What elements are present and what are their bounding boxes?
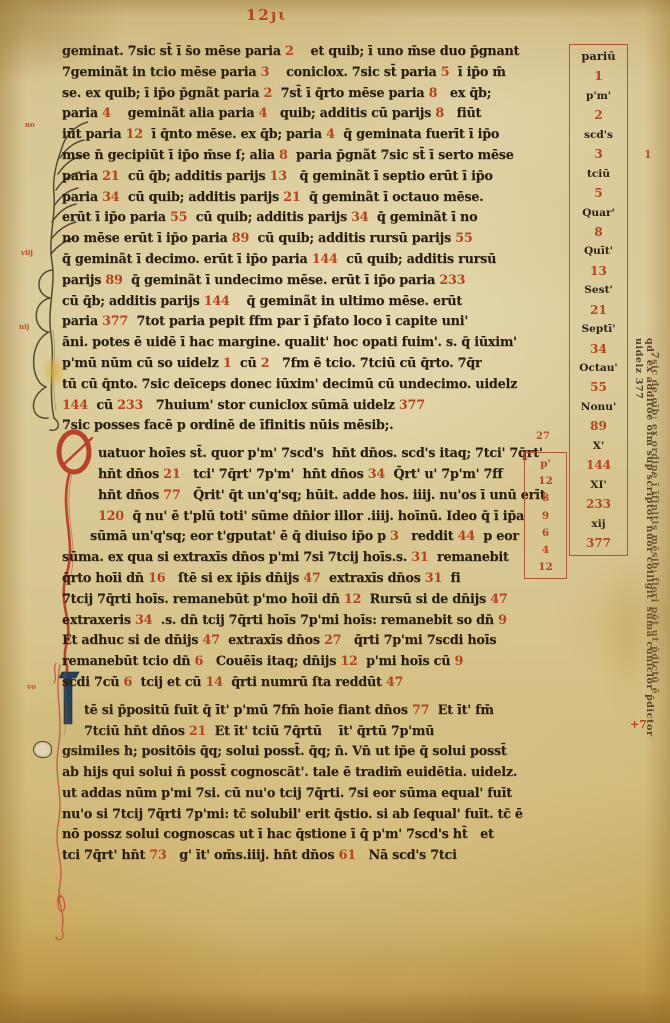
text-line: ut addas nūm p'mi 7si. cū nu'o tcij 7q̄r… — [62, 784, 536, 805]
text-line: 144 cū 233 7huium' stor cuniclox sūmā ui… — [62, 396, 536, 417]
text-line: nu'o si 7tcij 7q̄rti 7p'mi: tc̄ solubil'… — [62, 805, 536, 826]
sum-box-cell: 8 — [542, 492, 549, 504]
red-numeral: 21 — [163, 467, 180, 482]
text-line: q̄ geminãt ī decimo. erūt ī ip̄o paria 1… — [62, 250, 536, 271]
text-line: q̄rto hoīi dn̄ 16 ſtē si ex ip̄is dn̄ijs… — [62, 569, 536, 590]
fibonacci-table: pariū1p'm'2scd's3tciū5Quar'8Quīt'13Sest'… — [569, 44, 628, 556]
table-value: 89 — [590, 419, 607, 433]
table-value: 3 — [594, 147, 602, 161]
margin-mark: nij — [19, 322, 29, 331]
sum-box-cell: p' — [540, 458, 551, 470]
red-numeral: 31 — [411, 550, 428, 565]
red-numeral: 144 — [204, 294, 230, 309]
red-numeral: 47 — [202, 633, 219, 648]
tan-stain — [596, 556, 656, 726]
text-line: tē si p̄positū fuīt q̄ īt' p'mū 7fm̄ hoī… — [62, 701, 536, 722]
red-numeral: 377 — [102, 314, 128, 329]
table-label: Sest' — [584, 284, 613, 296]
red-numeral: 3 — [390, 529, 399, 544]
table-value: 8 — [594, 225, 602, 239]
red-numeral: 8 — [279, 148, 288, 163]
red-numeral: 144 — [62, 398, 88, 413]
red-numeral: 34 — [135, 613, 152, 628]
red-numeral: 9 — [454, 654, 463, 669]
red-numeral: 55 — [170, 210, 187, 225]
margin-mark: viij — [21, 248, 33, 257]
red-numeral: 233 — [439, 273, 465, 288]
text-line: 7sic posses facē p ordinē de īfinitis nū… — [62, 416, 536, 437]
red-numeral: 21 — [283, 190, 300, 205]
text-line: p'mū nūm cū so uidelz 1 cū 2 7fm ē tcio.… — [62, 354, 536, 375]
red-numeral: 47 — [490, 592, 507, 607]
red-numeral: 34 — [102, 190, 119, 205]
red-numeral: 89 — [232, 231, 249, 246]
table-label: Octau' — [579, 362, 617, 374]
text-line: gsimiles h; positōis q̄q; solui posst̄. … — [62, 742, 536, 763]
red-numeral: 77 — [163, 488, 180, 503]
table-label: X' — [593, 440, 604, 452]
sum-box-cell: 12 — [538, 475, 553, 487]
margin-mark: 27 — [536, 431, 550, 442]
sum-box-cell: 4 — [542, 544, 549, 556]
red-numeral: 47 — [303, 571, 320, 586]
red-numeral: 16 — [148, 571, 165, 586]
sum-box-cell: 9 — [542, 510, 549, 522]
text-line: tci 7q̄rt' hn̄t 73 g' īt' om̄s.iiij. hn̄… — [62, 846, 536, 867]
text-line: se. ex quib; ī ip̄o p̄gnãt paria 2 7st̄ … — [62, 84, 536, 105]
table-label: tciū — [587, 168, 610, 180]
text-line: paria 34 cū quib; additis parijs 21 q̄ g… — [62, 188, 536, 209]
table-value: 5 — [594, 186, 602, 200]
text-line: nō possz solui cognoscas ut ī hac q̄stio… — [62, 825, 536, 846]
table-value: 377 — [586, 536, 611, 550]
text-line: 120 q̄ nu' ē t'plū toti' sūme dn̄ior ill… — [62, 507, 536, 528]
text-line: ab hijs qui solui n̄ posst̄ cognoscāt'. … — [62, 763, 536, 784]
text-line: uatuor hoīes st̄. quor p'm' 7scd's hn̄t … — [62, 444, 536, 465]
red-numeral: 120 — [98, 509, 124, 524]
red-numeral: 21 — [189, 724, 206, 739]
table-label: XI' — [590, 479, 606, 491]
sum-box-cell: 12 — [538, 561, 553, 573]
text-line: mse n̄ gecipiūt ī ip̄o m̄se ſ; alia 8 pa… — [62, 146, 536, 167]
red-numeral: 233 — [117, 398, 143, 413]
red-numeral: 44 — [458, 529, 475, 544]
red-numeral: 47 — [386, 675, 403, 690]
red-numeral: 12 — [126, 127, 143, 142]
yellow-stain — [42, 354, 66, 388]
table-label: scd's — [584, 129, 613, 141]
table-value: 233 — [586, 497, 611, 511]
red-numeral: 2 — [264, 86, 273, 101]
text-line: hn̄t dn̄os 77 Q̄rit' q̄t un'q'sq; hūit. … — [62, 486, 536, 507]
red-numeral: 21 — [102, 169, 119, 184]
text-line: no mēse erūt ī ip̄o paria 89 cū quib; ad… — [62, 229, 536, 250]
table-label: p'm' — [586, 90, 611, 102]
red-numeral: 61 — [339, 848, 356, 863]
text-line: 7geminãt in tcio mēse paria 3 coniclox. … — [62, 63, 536, 84]
red-numeral: 4 — [102, 106, 111, 121]
text-line: tū cū q̄nto. 7sic deīceps donec iūxim' d… — [62, 375, 536, 396]
red-numeral: 9 — [498, 613, 507, 628]
red-numeral: 34 — [351, 210, 368, 225]
text-line: āni. potes ē uidē ī hac margine. qualit'… — [62, 333, 536, 354]
red-numeral: 8 — [429, 86, 438, 101]
table-label: Quar' — [582, 207, 615, 219]
table-value: 1 — [594, 69, 602, 83]
table-label: xij — [591, 518, 605, 530]
text-line: 7tcij 7q̄rti hoīs. remanebūt p'mo hoīi d… — [62, 590, 536, 611]
red-numeral: 31 — [425, 571, 442, 586]
text-line: cū q̄b; additis parijs 144 q̄ geminãt in… — [62, 292, 536, 313]
text-line: paria 4 geminãt alia paria 4 quib; addit… — [62, 104, 536, 125]
red-numeral: 377 — [399, 398, 425, 413]
table-value: 2 — [594, 108, 602, 122]
red-numeral: 27 — [324, 633, 341, 648]
table-header: pariū — [581, 49, 615, 63]
text-line: scdi 7cū 6 tcij et cū 14 q̄rti numrū ſta… — [62, 673, 536, 694]
red-numeral: 3 — [261, 65, 270, 80]
text-line: sūma. ex qua si extraxīs dn̄os p'mi 7si … — [62, 548, 536, 569]
red-numeral: 4 — [326, 127, 335, 142]
red-numeral: 2 — [285, 44, 294, 59]
sum-box: p'12896412 — [524, 452, 567, 579]
margin-mark: 1 — [644, 148, 652, 161]
parchment-hole — [33, 741, 52, 758]
red-numeral: 6 — [123, 675, 132, 690]
text-line: remanebūt tcio dn̄ 6 Couēīs itaq; dn̄ijs… — [62, 652, 536, 673]
table-value: 21 — [590, 303, 607, 317]
text-line: hn̄t dn̄os 21 tci' 7q̄rt' 7p'm' hn̄t dn̄… — [62, 465, 536, 486]
red-numeral: 77 — [412, 703, 429, 718]
text-line: iūt paria 12 ī q̄nto mēse. ex q̄b; paria… — [62, 125, 536, 146]
text-line: paria 21 cū q̄b; additis parijs 13 q̄ ge… — [62, 167, 536, 188]
folio-number: 12ȷι — [246, 6, 288, 24]
red-numeral: 6 — [195, 654, 204, 669]
table-value: 144 — [586, 458, 611, 472]
red-numeral: 13 — [270, 169, 287, 184]
red-numeral: 12 — [344, 592, 361, 607]
table-label: Septī' — [582, 323, 616, 335]
red-numeral: 12 — [340, 654, 357, 669]
text-line: sūmā un'q'sq; eor t'gputat' ē q̄ diuiso … — [62, 527, 536, 548]
red-numeral: 8 — [435, 106, 444, 121]
table-label: Quīt' — [584, 245, 613, 257]
red-numeral: 14 — [206, 675, 223, 690]
text-line: extraxeris 34 .s. dn̄ tcij 7q̄rti hoīs 7… — [62, 611, 536, 632]
table-value: 55 — [590, 380, 607, 394]
text-line: erūt ī ip̄o paria 55 cū quib; additis pa… — [62, 208, 536, 229]
red-numeral: 34 — [368, 467, 385, 482]
red-numeral: 89 — [105, 273, 122, 288]
red-numeral: 4 — [259, 106, 268, 121]
margin-mark: no — [25, 120, 35, 129]
text-line: 7tciū hn̄t dn̄os 21 Et īt' tciū 7q̄rtū ī… — [62, 722, 536, 743]
red-numeral: 73 — [149, 848, 166, 863]
red-numeral: 144 — [312, 252, 338, 267]
margin-mark: vo — [27, 682, 36, 691]
red-numeral: 1 — [223, 356, 232, 371]
vertical-gloss-line2: 7sic de oīb; ex ordine ī īfinitis mēsib;… — [649, 352, 660, 750]
text-line: parijs 89 q̄ geminãt ī undecimo mēse. er… — [62, 271, 536, 292]
table-label: Nonu' — [581, 401, 616, 413]
text-line: geminat. 7sic st̄ ī s̄o mēse paria 2 et … — [62, 42, 536, 63]
text-line: paria 377 7tot paria pepit ffm par ī p̄f… — [62, 312, 536, 333]
red-numeral: 55 — [455, 231, 472, 246]
table-value: 13 — [590, 264, 607, 278]
manuscript-page: 12ȷι — [0, 0, 670, 1023]
main-text: geminat. 7sic st̄ ī s̄o mēse paria 2 et … — [62, 42, 536, 867]
sum-box-cell: 6 — [542, 527, 549, 539]
table-value: 34 — [590, 342, 607, 356]
text-line: Et adhuc si de dn̄ijs 47 extraxīs dn̄os … — [62, 631, 536, 652]
